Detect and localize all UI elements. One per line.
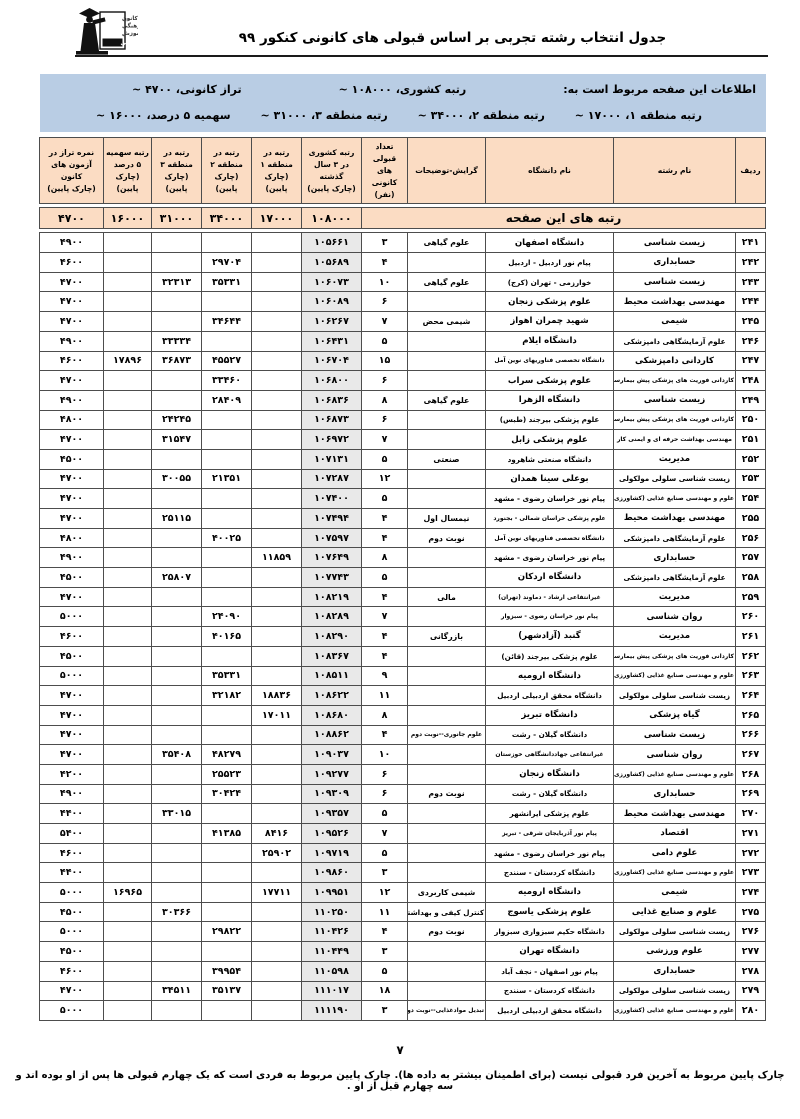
cell-kanoon-score: ۴۴۰۰ — [40, 804, 104, 824]
cell-quota5-rank: ۱۷۸۹۶ — [104, 351, 152, 371]
cell-row-number: ۲۶۶ — [736, 725, 766, 745]
cell-region2-rank: ۲۵۵۲۳ — [202, 764, 252, 784]
cell-row-number: ۲۶۹ — [736, 784, 766, 804]
cell-region2-rank: ۳۵۱۳۷ — [202, 981, 252, 1001]
cell-national-rank: ۱۰۵۶۸۹ — [302, 253, 362, 273]
cell-row-number: ۲۷۸ — [736, 961, 766, 981]
cell-major: کاردانی فوریت های پزشکی پیش بیمارستانی — [614, 410, 736, 430]
cell-region3-rank — [152, 548, 202, 568]
cell-quota5-rank — [104, 981, 152, 1001]
info-kanoon-score: تراز کانونی، ۴۷۰۰ ~ — [132, 83, 242, 96]
cell-quota5-rank — [104, 942, 152, 962]
cell-admitted-count: ۱۱ — [362, 902, 408, 922]
cell-major: حسابداری — [614, 784, 736, 804]
cell-university: علوم پزشکی خراسان شمالی - بجنورد — [486, 509, 614, 529]
cell-major: مدیریت — [614, 587, 736, 607]
cell-kanoon-score: ۴۶۰۰ — [40, 351, 104, 371]
cell-major: حسابداری — [614, 253, 736, 273]
cell-university: دانشگاه ارومیه — [486, 666, 614, 686]
col-header-kanoon-score: نمره تراز در آزمون های کانون (چارک پایین… — [40, 138, 104, 204]
cell-kanoon-score: ۵۰۰۰ — [40, 922, 104, 942]
cell-national-rank: ۱۰۶۹۷۲ — [302, 430, 362, 450]
table-row: ۲۴۷ کاردانی دامپزشکی دانشگاه تخصصی فناور… — [40, 351, 766, 371]
cell-major: روان شناسی — [614, 745, 736, 765]
cell-university: دانشگاه حکیم سبزواری سبزوار — [486, 922, 614, 942]
cell-national-rank: ۱۰۸۲۹۰ — [302, 627, 362, 647]
cell-row-number: ۲۵۶ — [736, 528, 766, 548]
cell-quota5-rank — [104, 961, 152, 981]
cell-orientation — [408, 351, 486, 371]
cell-row-number: ۲۴۱ — [736, 233, 766, 253]
cell-quota5-rank — [104, 331, 152, 351]
cell-admitted-count: ۴ — [362, 509, 408, 529]
cell-row-number: ۲۷۰ — [736, 804, 766, 824]
col-header-region1-rank: رتبه در منطقه ۱ (چارک پایین) — [252, 138, 302, 204]
cell-region1-rank — [252, 253, 302, 273]
cell-region2-rank — [202, 568, 252, 588]
cell-row-number: ۲۵۸ — [736, 568, 766, 588]
data-table-body: ۲۴۱ زیست شناسی دانشگاه اصفهان علوم گیاهی… — [40, 233, 766, 1021]
cell-kanoon-score: ۴۷۰۰ — [40, 981, 104, 1001]
cell-university: دانشگاه گیلان - رشت — [486, 725, 614, 745]
cell-national-rank: ۱۰۹۳۰۹ — [302, 784, 362, 804]
cell-admitted-count: ۱۸ — [362, 981, 408, 1001]
info-page-relates-label: اطلاعات این صفحه مربوط است به: — [563, 83, 756, 96]
info-quota5-rank: سهمیه ۵ درصد، ۱۶۰۰۰ ~ — [96, 109, 231, 122]
table-row: ۲۵۰ کاردانی فوریت های پزشکی پیش بیمارستا… — [40, 410, 766, 430]
cell-region3-rank — [152, 1001, 202, 1021]
cell-admitted-count: ۶ — [362, 371, 408, 391]
cell-admitted-count: ۶ — [362, 410, 408, 430]
cell-region2-rank — [202, 725, 252, 745]
page-title: جدول انتخاب رشته تجربی بر اساس قبولی های… — [150, 30, 755, 46]
cell-admitted-count: ۶ — [362, 292, 408, 312]
cell-region3-rank — [152, 705, 202, 725]
cell-kanoon-score: ۴۷۰۰ — [40, 312, 104, 332]
table-row: ۲۴۴ مهندسی بهداشت محیط علوم پزشکی زنجان … — [40, 292, 766, 312]
cell-admitted-count: ۶ — [362, 764, 408, 784]
cell-quota5-rank — [104, 627, 152, 647]
cell-orientation — [408, 253, 486, 273]
col-header-region2-rank: رتبه در منطقه ۲ (چارک پایین) — [202, 138, 252, 204]
table-row: ۲۴۵ شیمی شهید چمران اهواز شیمی محض ۷ ۱۰۶… — [40, 312, 766, 332]
cell-region2-rank — [202, 509, 252, 529]
table-row: ۲۶۶ زیست شناسی دانشگاه گیلان - رشت علوم … — [40, 725, 766, 745]
cell-major: گیاه پزشکی — [614, 705, 736, 725]
cell-quota5-rank — [104, 784, 152, 804]
summary-region3-rank: ۳۱۰۰۰ — [151, 208, 201, 229]
cell-national-rank: ۱۰۷۶۴۹ — [302, 548, 362, 568]
cell-region3-rank: ۳۶۸۷۳ — [152, 351, 202, 371]
cell-orientation — [408, 469, 486, 489]
cell-kanoon-score: ۴۷۰۰ — [40, 686, 104, 706]
cell-national-rank: ۱۰۷۴۰۰ — [302, 489, 362, 509]
cell-kanoon-score: ۴۵۰۰ — [40, 646, 104, 666]
cell-region2-rank: ۲۴۰۹۰ — [202, 607, 252, 627]
cell-region1-rank — [252, 568, 302, 588]
cell-major: حسابداری — [614, 961, 736, 981]
cell-region1-rank: ۸۴۱۶ — [252, 824, 302, 844]
cell-university: بوعلی سینا همدان — [486, 469, 614, 489]
cell-row-number: ۲۵۱ — [736, 430, 766, 450]
cell-row-number: ۲۴۳ — [736, 272, 766, 292]
table-row: ۲۵۵ مهندسی بهداشت محیط علوم پزشکی خراسان… — [40, 509, 766, 529]
table-row: ۲۵۳ زیست شناسی سلولی مولکولی بوعلی سینا … — [40, 469, 766, 489]
table-row: ۲۵۷ حسابداری پیام نور خراسان رضوی - مشهد… — [40, 548, 766, 568]
cell-region1-rank — [252, 804, 302, 824]
cell-orientation — [408, 745, 486, 765]
table-row: ۲۶۲ کاردانی فوریت های پزشکی پیش بیمارستا… — [40, 646, 766, 666]
cell-university: دانشگاه تخصصی فناوریهای نوین آمل — [486, 351, 614, 371]
cell-quota5-rank — [104, 607, 152, 627]
cell-region1-rank — [252, 509, 302, 529]
cell-major: زیست شناسی — [614, 725, 736, 745]
cell-region3-rank: ۳۰۰۵۵ — [152, 469, 202, 489]
cell-admitted-count: ۱۱ — [362, 686, 408, 706]
cell-region1-rank — [252, 745, 302, 765]
summary-row: رتبه های این صفحه ۱۰۸۰۰۰ ۱۷۰۰۰ ۳۴۰۰۰ ۳۱۰… — [39, 208, 765, 229]
cell-kanoon-score: ۴۷۰۰ — [40, 509, 104, 529]
cell-region2-rank — [202, 883, 252, 903]
cell-region1-rank — [252, 1001, 302, 1021]
cell-orientation: صنعتی — [408, 449, 486, 469]
cell-row-number: ۲۷۶ — [736, 922, 766, 942]
cell-region1-rank: ۱۷۷۱۱ — [252, 883, 302, 903]
cell-quota5-rank — [104, 1001, 152, 1021]
cell-region1-rank — [252, 981, 302, 1001]
table-row: ۲۷۳ علوم و مهندسی صنایع غذایی (کشاورزی) … — [40, 863, 766, 883]
cell-quota5-rank — [104, 410, 152, 430]
cell-national-rank: ۱۰۶۴۳۱ — [302, 331, 362, 351]
summary-quota5-rank: ۱۶۰۰۰ — [103, 208, 151, 229]
cell-national-rank: ۱۰۹۰۳۷ — [302, 745, 362, 765]
cell-region3-rank — [152, 686, 202, 706]
cell-region3-rank: ۳۳۰۱۵ — [152, 804, 202, 824]
col-header-orientation: گرایش-توضیحات — [408, 138, 486, 204]
cell-national-rank: ۱۰۹۸۶۰ — [302, 863, 362, 883]
cell-national-rank: ۱۱۱۱۹۰ — [302, 1001, 362, 1021]
table-row: ۲۵۱ مهندسی بهداشت حرفه ای و ایمنی کار عل… — [40, 430, 766, 450]
cell-national-rank: ۱۰۶۰۸۹ — [302, 292, 362, 312]
cell-national-rank: ۱۰۸۶۲۲ — [302, 686, 362, 706]
cell-region1-rank — [252, 863, 302, 883]
cell-orientation — [408, 548, 486, 568]
logo-word-4: قلم چی — [121, 41, 139, 47]
cell-admitted-count: ۵ — [362, 843, 408, 863]
cell-university: دانشگاه تخصصی فناوریهای نوین آمل — [486, 528, 614, 548]
cell-row-number: ۲۶۳ — [736, 666, 766, 686]
cell-university: دانشگاه اردکان — [486, 568, 614, 588]
cell-admitted-count: ۵ — [362, 568, 408, 588]
table-row: ۲۵۸ علوم آزمایشگاهی دامپزشکی دانشگاه ارد… — [40, 568, 766, 588]
cell-kanoon-score: ۴۹۰۰ — [40, 784, 104, 804]
cell-quota5-rank — [104, 430, 152, 450]
cell-admitted-count: ۵ — [362, 804, 408, 824]
cell-major: علوم آزمایشگاهی دامپزشکی — [614, 568, 736, 588]
cell-orientation: تبدیل موادغذایی--نوبت دوم — [408, 1001, 486, 1021]
cell-region2-rank — [202, 843, 252, 863]
cell-kanoon-score: ۴۶۰۰ — [40, 843, 104, 863]
cell-quota5-rank — [104, 764, 152, 784]
cell-region1-rank — [252, 351, 302, 371]
cell-admitted-count: ۴ — [362, 587, 408, 607]
summary-label: رتبه های این صفحه — [361, 208, 765, 229]
col-header-university: نام دانشگاه — [486, 138, 614, 204]
cell-row-number: ۲۷۷ — [736, 942, 766, 962]
cell-region3-rank — [152, 233, 202, 253]
cell-region3-rank — [152, 449, 202, 469]
cell-admitted-count: ۵ — [362, 449, 408, 469]
cell-row-number: ۲۵۵ — [736, 509, 766, 529]
cell-region3-rank — [152, 883, 202, 903]
cell-orientation: کنترل کیفی و بهداشتی — [408, 902, 486, 922]
cell-quota5-rank — [104, 449, 152, 469]
cell-region2-rank: ۲۹۸۲۲ — [202, 922, 252, 942]
cell-national-rank: ۱۰۶۸۰۰ — [302, 371, 362, 391]
cell-university: دانشگاه ارومیه — [486, 883, 614, 903]
cell-quota5-rank — [104, 705, 152, 725]
cell-row-number: ۲۶۴ — [736, 686, 766, 706]
cell-national-rank: ۱۱۰۲۵۰ — [302, 902, 362, 922]
cell-university: دانشگاه محقق اردبیلی اردبیل — [486, 686, 614, 706]
cell-row-number: ۲۵۹ — [736, 587, 766, 607]
summary-region1-rank: ۱۷۰۰۰ — [251, 208, 301, 229]
cell-university: علوم پزشکی سراب — [486, 371, 614, 391]
cell-region1-rank — [252, 233, 302, 253]
cell-admitted-count: ۴ — [362, 922, 408, 942]
cell-national-rank: ۱۰۸۸۶۲ — [302, 725, 362, 745]
cell-row-number: ۲۷۴ — [736, 883, 766, 903]
cell-kanoon-score: ۴۷۰۰ — [40, 587, 104, 607]
cell-national-rank: ۱۱۱۰۱۷ — [302, 981, 362, 1001]
cell-admitted-count: ۵ — [362, 331, 408, 351]
cell-row-number: ۲۷۱ — [736, 824, 766, 844]
cell-university: غیرانتفاعی ارشاد - دماوند (تهران) — [486, 587, 614, 607]
cell-region1-rank — [252, 942, 302, 962]
cell-major: اقتصاد — [614, 824, 736, 844]
cell-region1-rank — [252, 390, 302, 410]
cell-national-rank: ۱۰۹۹۵۱ — [302, 883, 362, 903]
table-row: ۲۵۲ مدیریت دانشگاه صنعتی شاهرود صنعتی ۵ … — [40, 449, 766, 469]
col-header-region3-rank: رتبه در منطقه ۳ (چارک پایین) — [152, 138, 202, 204]
cell-quota5-rank — [104, 686, 152, 706]
info-region3-rank: رتبه منطقه ۳، ۳۱۰۰۰ ~ — [261, 109, 388, 122]
cell-region1-rank — [252, 646, 302, 666]
cell-quota5-rank — [104, 824, 152, 844]
cell-region1-rank — [252, 489, 302, 509]
table-row: ۲۶۳ علوم و مهندسی صنایع غذایی (کشاورزی) … — [40, 666, 766, 686]
cell-region3-rank — [152, 961, 202, 981]
cell-row-number: ۲۴۷ — [736, 351, 766, 371]
cell-region3-rank: ۳۴۵۱۱ — [152, 981, 202, 1001]
cell-university: گنبد (آزادشهر) — [486, 627, 614, 647]
cell-university: پیام نور خراسان رضوی - مشهد — [486, 548, 614, 568]
cell-national-rank: ۱۰۹۷۱۹ — [302, 843, 362, 863]
cell-region1-rank — [252, 292, 302, 312]
cell-orientation: علوم جانوری--نوبت دوم — [408, 725, 486, 745]
cell-region1-rank — [252, 922, 302, 942]
cell-admitted-count: ۷ — [362, 312, 408, 332]
cell-row-number: ۲۶۱ — [736, 627, 766, 647]
info-region2-rank: رتبه منطقه ۲، ۳۴۰۰۰ ~ — [418, 109, 545, 122]
cell-orientation — [408, 764, 486, 784]
cell-region1-rank — [252, 764, 302, 784]
cell-region1-rank — [252, 666, 302, 686]
cell-admitted-count: ۴ — [362, 646, 408, 666]
cell-national-rank: ۱۰۵۶۶۱ — [302, 233, 362, 253]
footer-note: چارک پایین مربوط به آخرین فرد قبولی نیست… — [0, 1070, 800, 1092]
cell-region2-rank: ۳۵۳۳۱ — [202, 272, 252, 292]
table-row: ۲۷۵ علوم و صنایع غذایی علوم پزشکی یاسوج … — [40, 902, 766, 922]
cell-major: مدیریت — [614, 627, 736, 647]
cell-row-number: ۲۶۲ — [736, 646, 766, 666]
col-header-quota5-rank: رتبه سهمیه ۵ درصد (چارک پایین) — [104, 138, 152, 204]
table-row: ۲۷۰ مهندسی بهداشت محیط علوم پزشکی ایرانش… — [40, 804, 766, 824]
cell-row-number: ۲۴۶ — [736, 331, 766, 351]
cell-university: پیام نور خراسان رضوی - سبزوار — [486, 607, 614, 627]
cell-region3-rank — [152, 784, 202, 804]
cell-major: زیست شناسی سلولی مولکولی — [614, 469, 736, 489]
cell-kanoon-score: ۴۷۰۰ — [40, 371, 104, 391]
cell-university: دانشگاه تهران — [486, 942, 614, 962]
cell-region1-rank — [252, 449, 302, 469]
cell-region1-rank — [252, 312, 302, 332]
cell-major: زیست شناسی سلولی مولکولی — [614, 981, 736, 1001]
cell-quota5-rank: ۱۶۹۶۵ — [104, 883, 152, 903]
table-row: ۲۴۲ حسابداری پیام نور اردبیل - اردبیل ۴ … — [40, 253, 766, 273]
info-region1-rank: رتبه منطقه ۱، ۱۷۰۰۰ ~ — [575, 109, 702, 122]
cell-university: علوم پزشکی زنجان — [486, 292, 614, 312]
cell-national-rank: ۱۰۶۰۷۳ — [302, 272, 362, 292]
cell-university: دانشگاه ایلام — [486, 331, 614, 351]
header-divider — [75, 55, 768, 57]
table-row: ۲۴۳ زیست شناسی خوارزمی - تهران (کرج) علو… — [40, 272, 766, 292]
cell-admitted-count: ۴ — [362, 627, 408, 647]
cell-university: دانشگاه اصفهان — [486, 233, 614, 253]
cell-major: زیست شناسی سلولی مولکولی — [614, 922, 736, 942]
page-header: کانون فرهنگی آموزش قلم چی جدول انتخاب رش… — [0, 0, 800, 64]
cell-region2-rank: ۴۵۵۲۷ — [202, 351, 252, 371]
summary-kanoon-score: ۴۷۰۰ — [39, 208, 103, 229]
cell-quota5-rank — [104, 253, 152, 273]
cell-orientation: نوبت دوم — [408, 922, 486, 942]
cell-national-rank: ۱۰۷۵۹۷ — [302, 528, 362, 548]
table-row: ۲۴۸ کاردانی فوریت های پزشکی پیش بیمارستا… — [40, 371, 766, 391]
cell-university: پیام نور خراسان رضوی - مشهد — [486, 843, 614, 863]
cell-major: زیست شناسی — [614, 390, 736, 410]
cell-region1-rank — [252, 784, 302, 804]
cell-kanoon-score: ۴۵۰۰ — [40, 449, 104, 469]
cell-major: مهندسی بهداشت محیط — [614, 804, 736, 824]
cell-national-rank: ۱۰۸۶۸۰ — [302, 705, 362, 725]
cell-major: مهندسی بهداشت محیط — [614, 509, 736, 529]
table-row: ۲۵۴ علوم و مهندسی صنایع غذایی (کشاورزی) … — [40, 489, 766, 509]
admissions-table: ۲۴۱ زیست شناسی دانشگاه اصفهان علوم گیاهی… — [39, 232, 766, 1021]
cell-region1-rank — [252, 430, 302, 450]
logo-word-1: کانون — [122, 15, 138, 22]
cell-admitted-count: ۷ — [362, 607, 408, 627]
cell-row-number: ۲۶۰ — [736, 607, 766, 627]
cell-national-rank: ۱۰۹۳۵۷ — [302, 804, 362, 824]
cell-region2-rank — [202, 233, 252, 253]
cell-orientation — [408, 804, 486, 824]
cell-orientation: بازرگانی — [408, 627, 486, 647]
cell-admitted-count: ۸ — [362, 548, 408, 568]
cell-kanoon-score: ۴۸۰۰ — [40, 410, 104, 430]
cell-orientation — [408, 568, 486, 588]
cell-quota5-rank — [104, 233, 152, 253]
graduate-gown — [81, 23, 100, 51]
cell-region3-rank — [152, 764, 202, 784]
cell-quota5-rank — [104, 922, 152, 942]
cell-region2-rank: ۲۸۴۰۹ — [202, 390, 252, 410]
table-row: ۲۷۹ زیست شناسی سلولی مولکولی دانشگاه کرد… — [40, 981, 766, 1001]
cell-quota5-rank — [104, 509, 152, 529]
cell-region3-rank — [152, 607, 202, 627]
cell-national-rank: ۱۰۷۴۹۴ — [302, 509, 362, 529]
cell-major: زیست شناسی — [614, 233, 736, 253]
cell-region2-rank: ۴۸۲۷۹ — [202, 745, 252, 765]
cell-quota5-rank — [104, 646, 152, 666]
cell-orientation — [408, 430, 486, 450]
table-row: ۲۷۱ اقتصاد پیام نور آذربایجان شرقی - تبر… — [40, 824, 766, 844]
cell-national-rank: ۱۰۶۸۳۶ — [302, 390, 362, 410]
cell-region1-rank — [252, 902, 302, 922]
cell-region2-rank: ۴۰۱۶۵ — [202, 627, 252, 647]
cell-region3-rank — [152, 292, 202, 312]
cell-admitted-count: ۱۰ — [362, 745, 408, 765]
cell-region3-rank — [152, 253, 202, 273]
cell-national-rank: ۱۱۰۴۲۶ — [302, 922, 362, 942]
col-header-admitted-count: تعداد قبولی های کانونی (نفر) — [362, 138, 408, 204]
cell-region3-rank — [152, 489, 202, 509]
cell-university: دانشگاه تبریز — [486, 705, 614, 725]
cell-region1-rank — [252, 331, 302, 351]
cell-admitted-count: ۳ — [362, 1001, 408, 1021]
cell-kanoon-score: ۴۵۰۰ — [40, 568, 104, 588]
cell-region1-rank — [252, 469, 302, 489]
cell-orientation: علوم گیاهی — [408, 272, 486, 292]
cell-region2-rank: ۴۱۳۸۵ — [202, 824, 252, 844]
cell-orientation: مالی — [408, 587, 486, 607]
cell-region3-rank — [152, 587, 202, 607]
cell-region2-rank — [202, 942, 252, 962]
cell-university: دانشگاه زنجان — [486, 764, 614, 784]
cell-major: روان شناسی — [614, 607, 736, 627]
logo-word-2: فرهنگی — [122, 22, 138, 30]
cell-quota5-rank — [104, 489, 152, 509]
cell-region2-rank: ۲۹۷۰۴ — [202, 253, 252, 273]
col-header-row-number: ردیف — [736, 138, 766, 204]
cell-region2-rank — [202, 489, 252, 509]
cell-orientation: شیمی کاربردی — [408, 883, 486, 903]
cell-quota5-rank — [104, 745, 152, 765]
cell-national-rank: ۱۰۶۲۶۷ — [302, 312, 362, 332]
cell-national-rank: ۱۱۰۴۴۹ — [302, 942, 362, 962]
cell-orientation — [408, 371, 486, 391]
cell-region1-rank — [252, 272, 302, 292]
cell-national-rank: ۱۰۶۷۰۴ — [302, 351, 362, 371]
cell-region2-rank: ۳۵۳۳۱ — [202, 666, 252, 686]
cell-university: دانشگاه صنعتی شاهرود — [486, 449, 614, 469]
cell-orientation — [408, 961, 486, 981]
cell-kanoon-score: ۴۸۰۰ — [40, 528, 104, 548]
cell-region2-rank — [202, 292, 252, 312]
cell-university: شهید چمران اهواز — [486, 312, 614, 332]
cell-admitted-count: ۵ — [362, 489, 408, 509]
table-row: ۲۵۶ علوم آزمایشگاهی دامپزشکی دانشگاه تخص… — [40, 528, 766, 548]
cell-kanoon-score: ۴۶۰۰ — [40, 961, 104, 981]
